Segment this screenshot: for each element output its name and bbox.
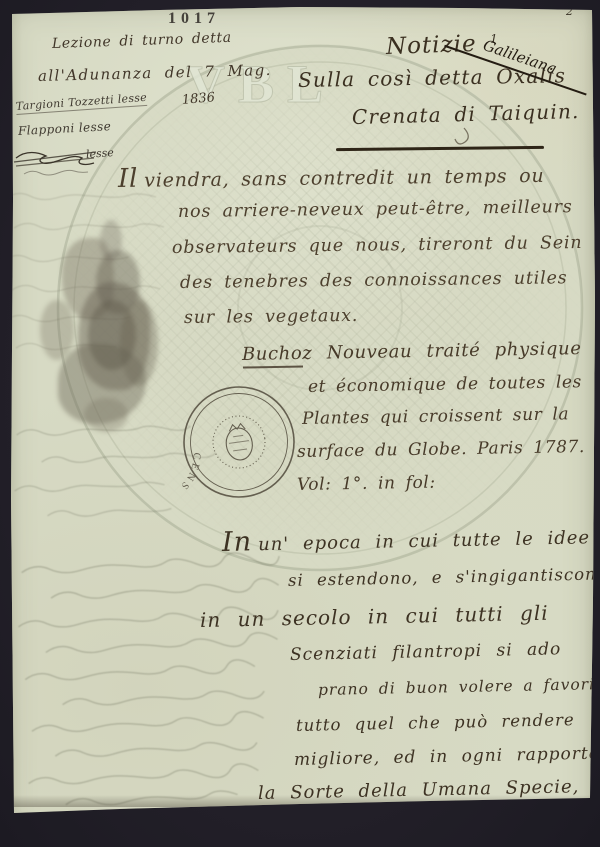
faint-scribble (20, 166, 100, 180)
italian-initial: In (222, 526, 253, 558)
french-initial: Il (118, 164, 139, 194)
italian-line-1-text: un' epoca in cui tutte le idee (258, 527, 590, 555)
scanned-manuscript: VBL (0, 0, 600, 847)
title-flourish (450, 126, 474, 146)
folio-number: 2 (566, 5, 573, 18)
censor-stamp: CENSURA ✳ FIRENZE ✳ (169, 374, 308, 510)
margin-note-3: lesse (86, 146, 115, 161)
page-bottom-edge-shadow (10, 795, 592, 807)
manuscript-page: VBL (0, 0, 600, 847)
archive-number-stamp: 1017 (168, 10, 220, 28)
french-line-1-text: viendra, sans contredit un temps ou (144, 165, 545, 192)
french-line-5: sur les vegetaux. (184, 306, 358, 328)
session-note-year: 1836 (181, 90, 215, 108)
citation-line-5: Vol: 1°. in fol: (297, 473, 436, 495)
french-line-1: Ilviendra, sans contredit un temps ou (118, 159, 545, 194)
